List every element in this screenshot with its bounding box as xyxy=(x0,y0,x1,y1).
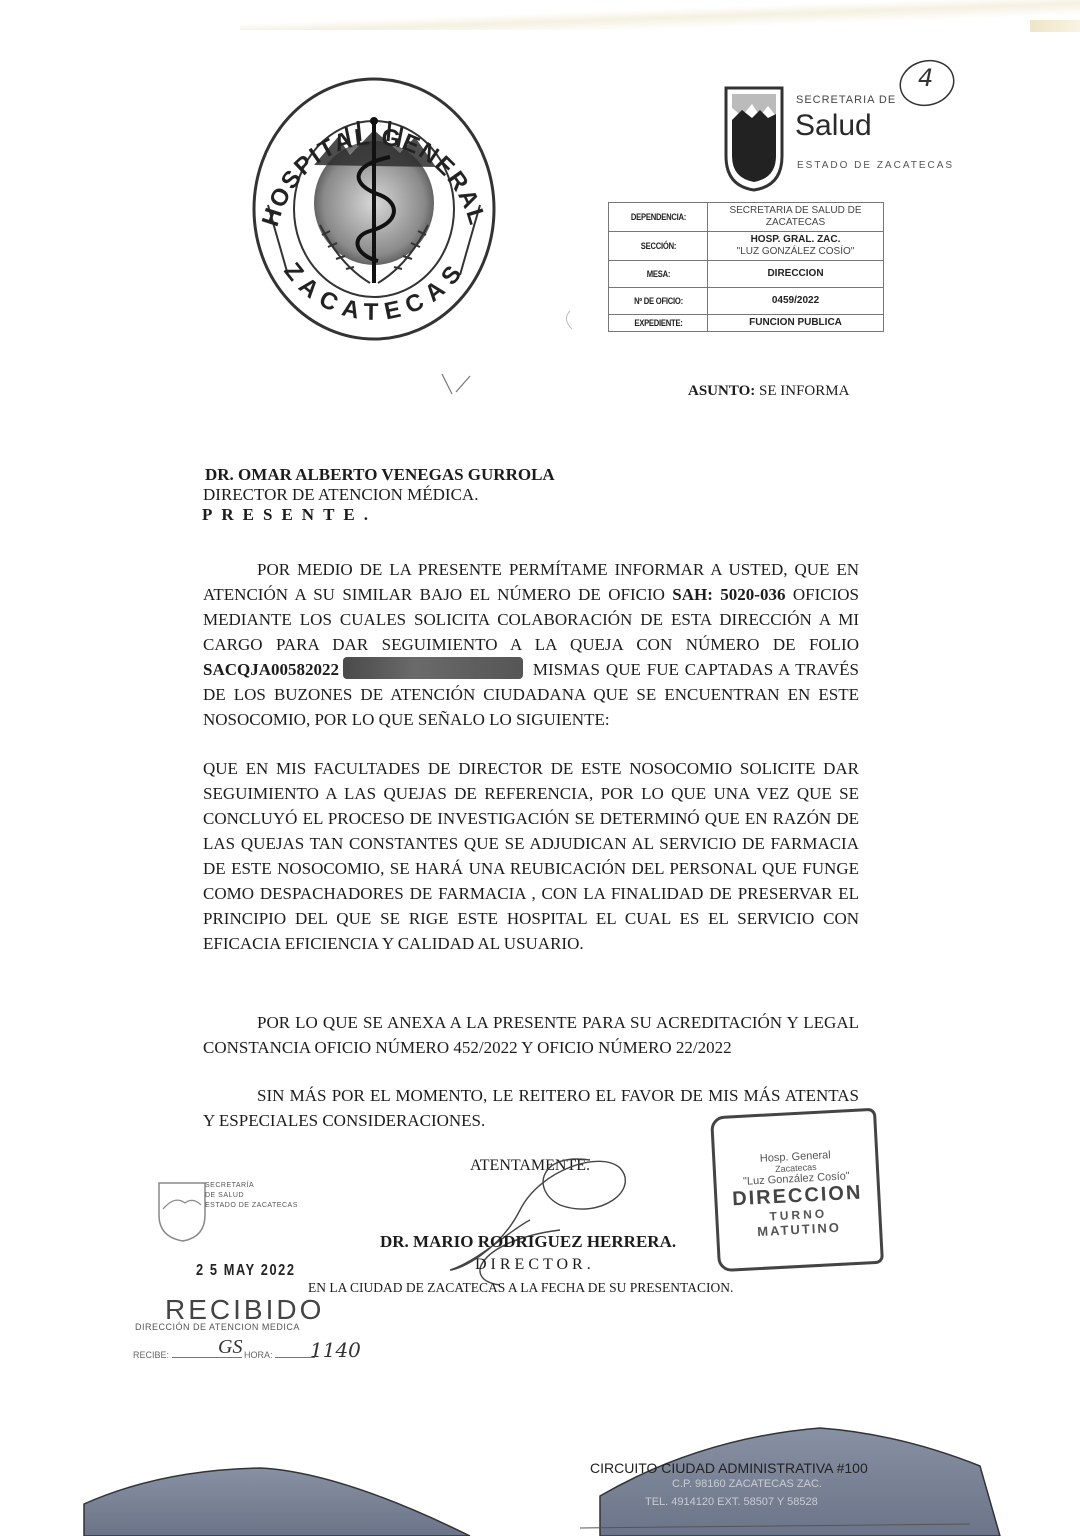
table-row: MESA: DIRECCION xyxy=(609,261,884,288)
footer-address-line-2: C.P. 98160 ZACATECAS ZAC. xyxy=(672,1478,822,1490)
table-row: DEPENDENCIA: SECRETARIA DE SALUD DE ZACA… xyxy=(609,203,884,232)
dependencia-label: DEPENDENCIA: xyxy=(616,203,700,232)
handwritten-signature xyxy=(440,1150,650,1300)
salud-logo-state-text: ESTADO DE ZACATECAS xyxy=(797,160,954,171)
subject-label: ASUNTO: xyxy=(688,383,755,399)
body-paragraph-2: QUE EN MIS FACULTADES DE DIRECTOR DE EST… xyxy=(203,756,859,956)
expediente-value: FUNCION PUBLICA xyxy=(708,315,884,332)
signer-name: DR. MARIO RODRIGUEZ HERRERA. xyxy=(380,1232,676,1252)
place-date-line: EN LA CIUDAD DE ZACATECAS A LA FECHA DE … xyxy=(308,1280,733,1296)
footer-decoration xyxy=(0,1420,1080,1536)
redacted-block xyxy=(343,657,523,679)
direccion-turno-stamp: Hosp. General Zacatecas "Luz González Co… xyxy=(710,1108,884,1272)
subject-line: ASUNTO: SE INFORMA xyxy=(688,383,849,400)
table-row: SECCIÓN: HOSP. GRAL. ZAC."LUZ GONZÁLEZ C… xyxy=(609,232,884,261)
addressee-name: DR. OMAR ALBERTO VENEGAS GURROLA xyxy=(205,465,555,485)
oficio-label: Nº DE OFICIO: xyxy=(616,288,700,315)
page-fold-shadow xyxy=(240,0,1080,30)
mesa-label: MESA: xyxy=(616,261,700,288)
mesa-value: DIRECCION xyxy=(708,261,884,288)
subject-value: SE INFORMA xyxy=(759,383,849,399)
seccion-label: SECCIÓN: xyxy=(616,232,700,261)
table-row: Nº DE OFICIO: 0459/2022 xyxy=(609,288,884,315)
pen-mark xyxy=(550,305,580,335)
body-paragraph-1: POR MEDIO DE LA PRESENTE PERMÍTAME INFOR… xyxy=(203,557,859,732)
seccion-value: HOSP. GRAL. ZAC."LUZ GONZÁLEZ COSÍO" xyxy=(708,232,884,261)
office-info-table: DEPENDENCIA: SECRETARIA DE SALUD DE ZACA… xyxy=(608,202,884,332)
salud-logo-salud-text: Salud xyxy=(795,109,872,143)
pen-mark xyxy=(440,370,480,400)
footer-phone-line: TEL. 4914120 EXT. 58507 Y 58528 xyxy=(645,1496,818,1508)
handwritten-folio-number: 4 xyxy=(918,64,933,92)
hospital-general-seal-logo: HOSPITAL GENERAL ZACATECAS xyxy=(250,75,498,343)
footer-address-line-1: CIRCUITO CIUDAD ADMINISTRATIVA #100 xyxy=(590,1460,868,1476)
salud-shield-icon xyxy=(724,86,784,192)
recibido-department: DIRECCIÓN DE ATENCION MEDICA xyxy=(135,1322,300,1332)
signer-title: DIRECTOR. xyxy=(475,1256,595,1274)
addressee-greeting: PRESENTE. xyxy=(202,505,377,525)
table-row: EXPEDIENTE: FUNCION PUBLICA xyxy=(609,315,884,332)
addressee-title: DIRECTOR DE ATENCION MÉDICA. xyxy=(203,485,478,505)
expediente-label: EXPEDIENTE: xyxy=(616,315,700,332)
recibido-time: 1140 xyxy=(310,1338,361,1362)
salud-logo-secretaria-text: SECRETARIA DE xyxy=(796,94,896,106)
oficio-reference: SAH: 5020-036 xyxy=(672,585,785,604)
body-paragraph-3: POR LO QUE SE ANEXA A LA PRESENTE PARA S… xyxy=(203,1010,859,1060)
oficio-value: 0459/2022 xyxy=(708,288,884,315)
recibido-initials: GS xyxy=(218,1336,242,1359)
dependencia-value: SECRETARIA DE SALUD DE ZACATECAS xyxy=(708,203,884,232)
received-date-stamp: 2 5 MAY 2022 xyxy=(196,1262,296,1280)
page-fold-corner xyxy=(1030,20,1080,32)
secretaria-stamp-text: SECRETARÍA DE SALUD ESTADO DE ZACATECAS xyxy=(205,1181,298,1211)
folio-reference: SACQJA00582022 xyxy=(203,660,339,679)
